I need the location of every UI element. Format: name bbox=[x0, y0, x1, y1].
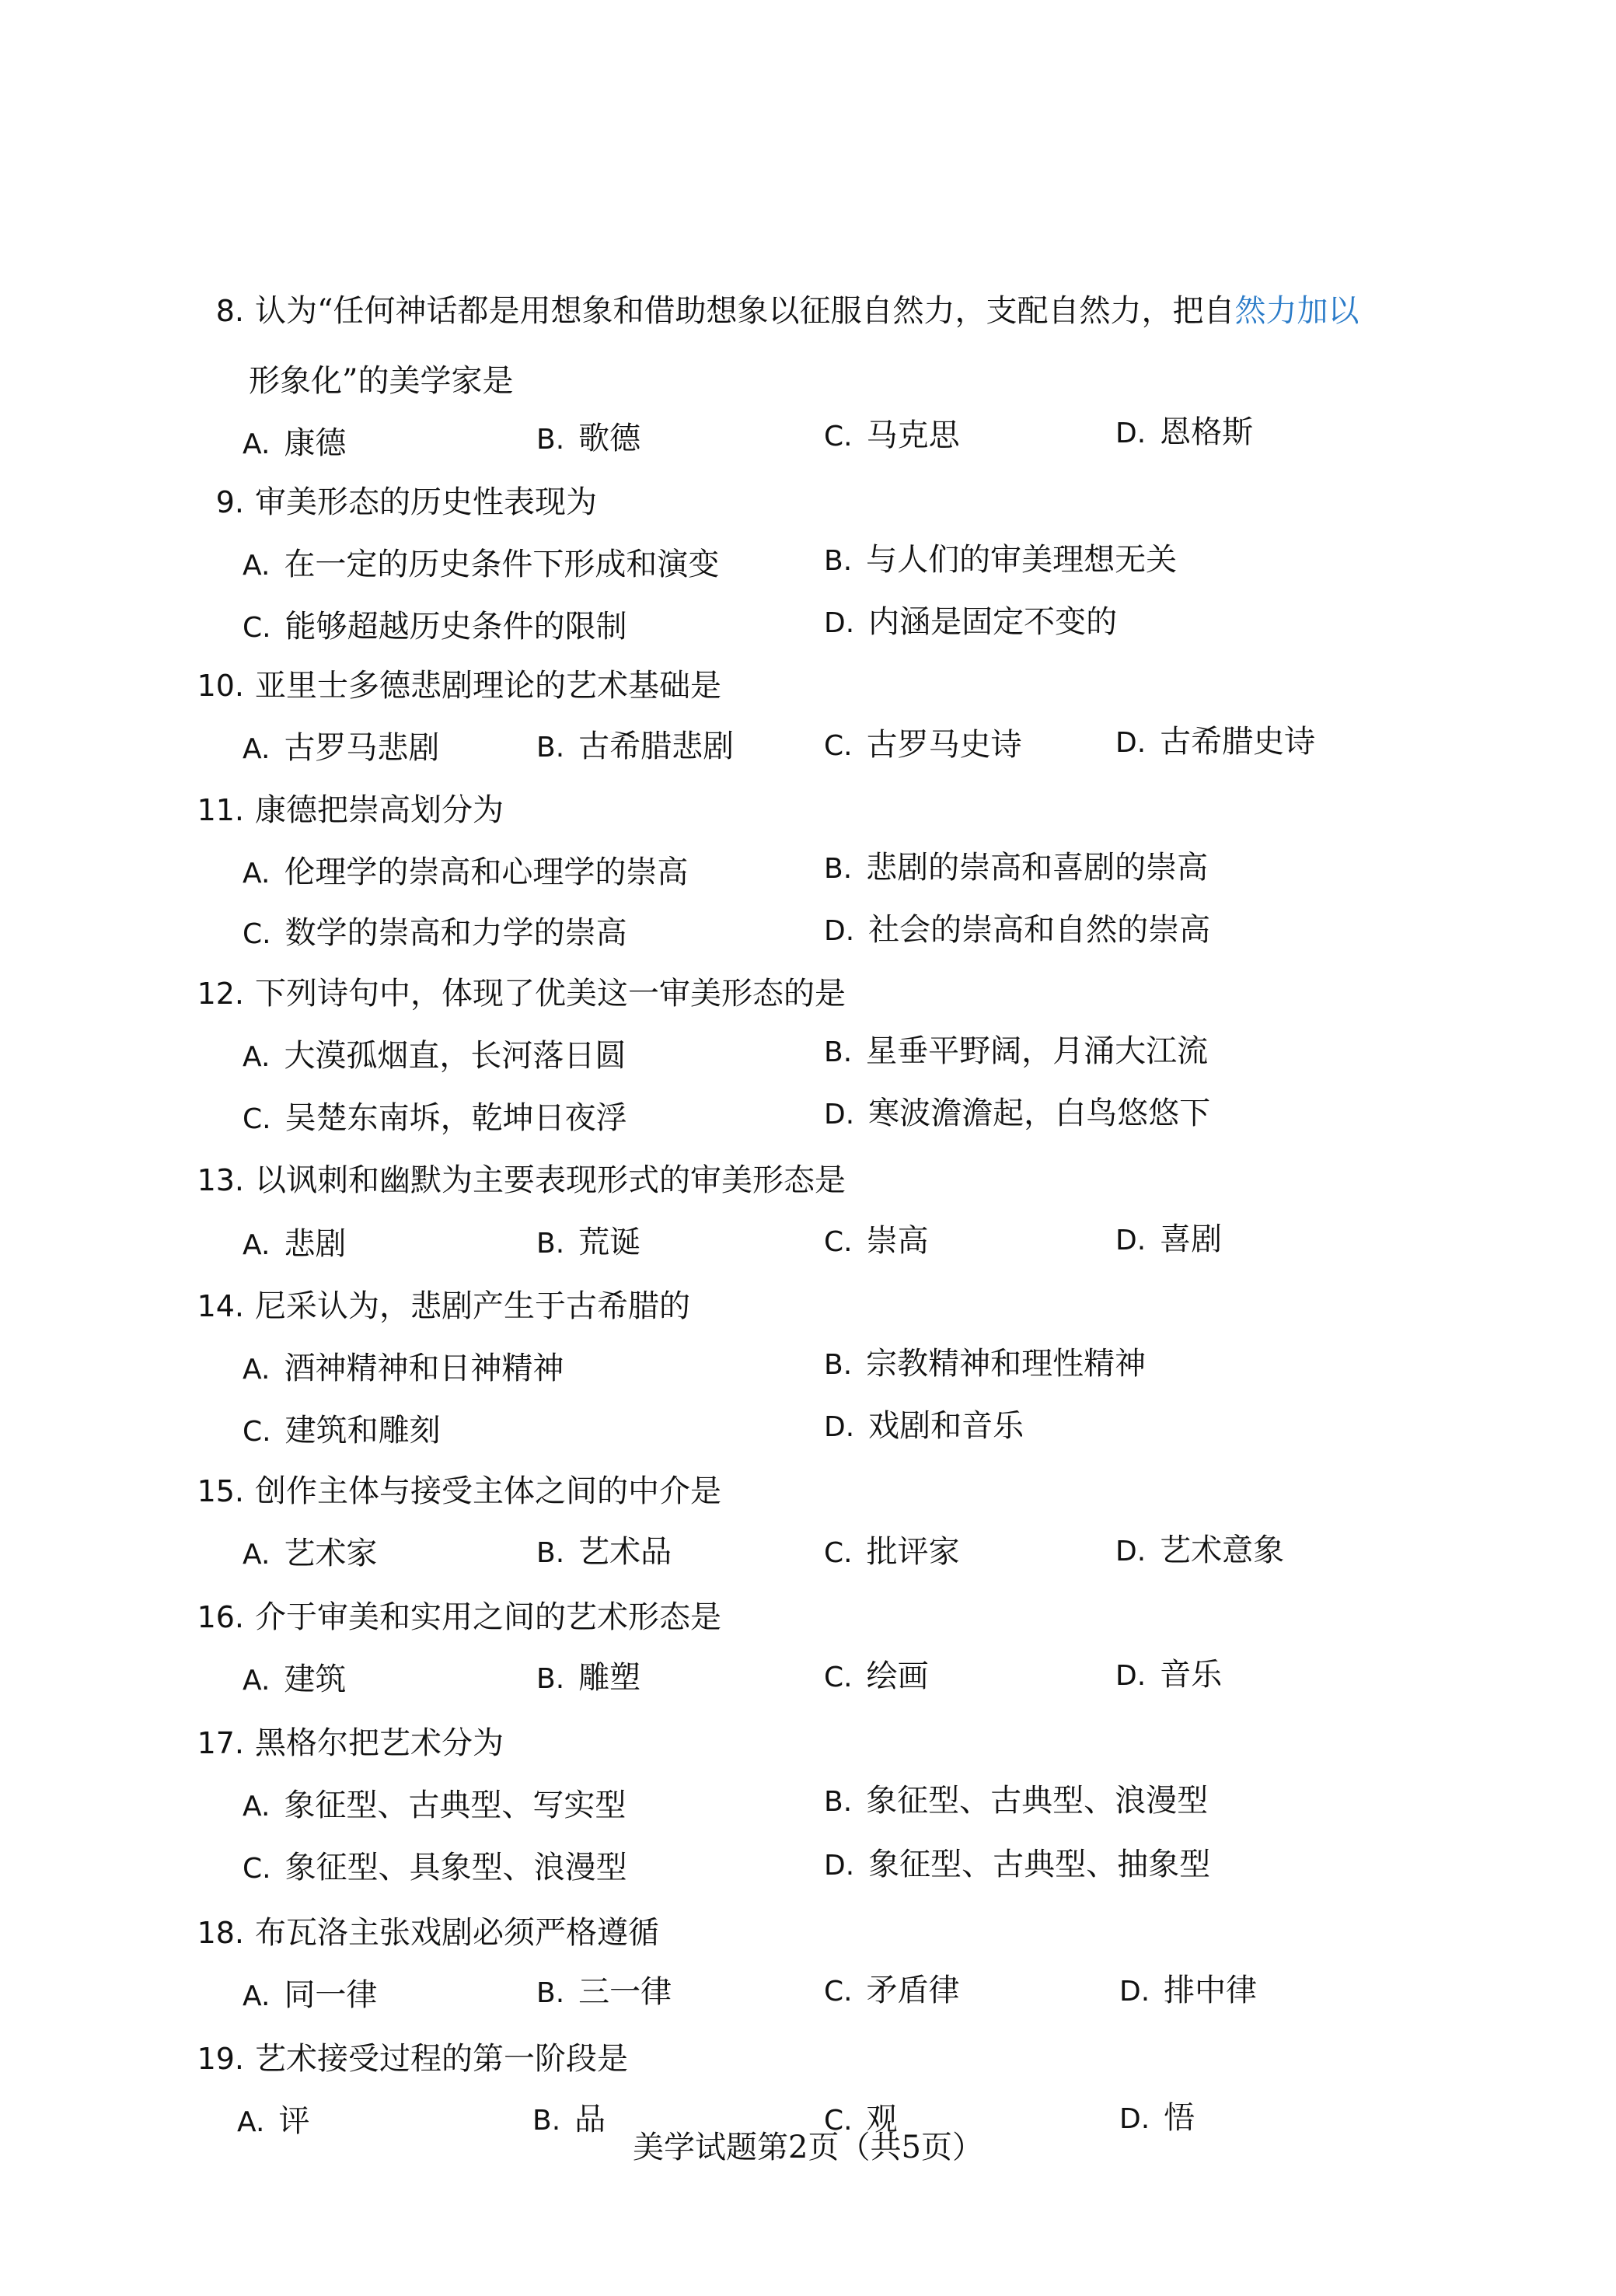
page-footer: 美学试题第2页（共5页） bbox=[0, 2123, 1616, 2167]
question-9: 9.审美形态的历史性表现为 bbox=[194, 484, 597, 521]
option-c: C.马克思 bbox=[824, 417, 960, 456]
question-18: 18.布瓦洛主张戏剧必须严格遵循 bbox=[194, 1914, 659, 1952]
option-a: A.康德 bbox=[243, 425, 346, 463]
option-b: B.歌德 bbox=[536, 420, 640, 459]
question-17: 17.黑格尔把艺术分为 bbox=[194, 1725, 504, 1762]
question-15: 15.创作主体与接受主体之间的中介是 bbox=[194, 1473, 721, 1510]
option-b: B.宗教精神和理性精神 bbox=[824, 1345, 1146, 1384]
option-a: A.在一定的历史条件下形成和演变 bbox=[243, 546, 719, 585]
option-d: D.排中律 bbox=[1119, 1972, 1257, 2011]
question-11: 11.康德把崇高划分为 bbox=[194, 792, 504, 829]
question-text-highlight: 然力加以 bbox=[1234, 293, 1359, 329]
option-b: B.悲剧的崇高和喜剧的崇高 bbox=[824, 849, 1208, 888]
option-a: A.悲剧 bbox=[243, 1225, 346, 1264]
option-a: A.象征型、古典型、写实型 bbox=[243, 1787, 626, 1826]
option-d: D.艺术意象 bbox=[1115, 1532, 1284, 1571]
option-d: D.恩格斯 bbox=[1115, 414, 1253, 453]
question-number: 8. bbox=[194, 292, 244, 330]
option-d: D.古希腊史诗 bbox=[1115, 723, 1315, 762]
option-c: C.能够超越历史条件的限制 bbox=[243, 608, 627, 647]
question-19: 19.艺术接受过程的第一阶段是 bbox=[194, 2040, 628, 2078]
question-16: 16.介于审美和实用之间的艺术形态是 bbox=[194, 1599, 721, 1636]
question-13: 13.以讽刺和幽默为主要表现形式的审美形态是 bbox=[194, 1162, 846, 1199]
option-a: A.大漠孤烟直，长河落日圆 bbox=[243, 1037, 626, 1076]
question-14: 14.尼采认为，悲剧产生于古希腊的 bbox=[194, 1288, 690, 1325]
option-b: B.象征型、古典型、浪漫型 bbox=[824, 1782, 1208, 1821]
option-c: C.崇高 bbox=[824, 1222, 929, 1261]
option-a: A.艺术家 bbox=[243, 1535, 377, 1574]
option-c: C.吴楚东南坼，乾坤日夜浮 bbox=[243, 1099, 627, 1138]
option-b: B.三一律 bbox=[536, 1973, 672, 2012]
option-d: D.喜剧 bbox=[1115, 1221, 1222, 1260]
option-d: D.音乐 bbox=[1115, 1656, 1222, 1695]
option-a: A.建筑 bbox=[243, 1661, 346, 1700]
option-a: A.古罗马悲剧 bbox=[243, 729, 439, 768]
option-a: A.酒神精神和日神精神 bbox=[243, 1350, 564, 1389]
option-c: C.象征型、具象型、浪漫型 bbox=[243, 1849, 627, 1888]
question-10: 10.亚里士多德悲剧理论的艺术基础是 bbox=[194, 667, 721, 704]
option-b: B.艺术品 bbox=[536, 1533, 672, 1572]
option-c: C.古罗马史诗 bbox=[824, 726, 1022, 765]
question-8: 8.认为“任何神话都是用想象和借助想象以征服自然力，支配自然力，把自然力加以 bbox=[194, 292, 1359, 330]
option-d: D.戏剧和音乐 bbox=[824, 1407, 1024, 1446]
option-b: B.雕塑 bbox=[536, 1659, 640, 1698]
option-a: A.同一律 bbox=[243, 1976, 377, 2015]
option-b: B.与人们的审美理想无关 bbox=[824, 541, 1177, 580]
option-c: C.绘画 bbox=[824, 1658, 929, 1697]
option-c: C.批评家 bbox=[824, 1533, 960, 1572]
option-a: A.伦理学的崇高和心理学的崇高 bbox=[243, 854, 688, 893]
option-c: C.建筑和雕刻 bbox=[243, 1412, 441, 1451]
option-b: B.古希腊悲剧 bbox=[536, 728, 734, 767]
option-b: B.荒诞 bbox=[536, 1224, 640, 1263]
option-d: D.社会的崇高和自然的崇高 bbox=[824, 911, 1210, 950]
question-8-continued: 形象化”的美学家是 bbox=[249, 362, 513, 400]
option-d: D.象征型、古典型、抽象型 bbox=[824, 1846, 1210, 1885]
question-text: 认为“任何神话都是用想象和借助想象以征服自然力，支配自然力，把自 bbox=[255, 293, 1234, 329]
option-c: C.数学的崇高和力学的崇高 bbox=[243, 914, 627, 953]
question-12: 12.下列诗句中，体现了优美这一审美形态的是 bbox=[194, 975, 846, 1012]
exam-page: 8.认为“任何神话都是用想象和借助想象以征服自然力，支配自然力，把自然力加以 形… bbox=[0, 0, 1616, 2296]
option-c: C.矛盾律 bbox=[824, 1972, 960, 2011]
option-d: D.寒波澹澹起，白鸟悠悠下 bbox=[824, 1095, 1210, 1134]
option-d: D.内涵是固定不变的 bbox=[824, 603, 1117, 642]
option-b: B.星垂平野阔，月涌大江流 bbox=[824, 1033, 1208, 1071]
